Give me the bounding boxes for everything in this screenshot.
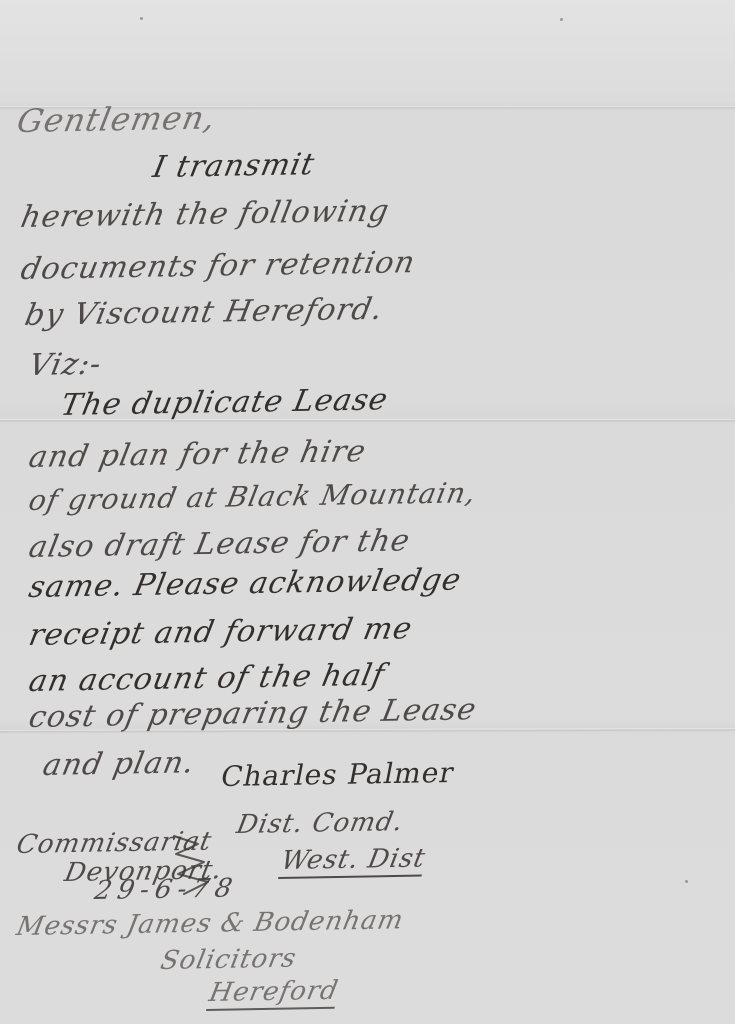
body-line: also draft Lease for the [26,523,413,565]
body-line: of ground at Black Mountain, [26,476,479,517]
body-line: an account of the half [26,658,388,699]
body-line: and plan for the hire [26,434,369,475]
body-line: The duplicate Lease [58,382,391,423]
signature-name: Charles Palmer [218,756,457,793]
addressee-line-2: Solicitors [158,944,299,976]
body-line: same. Please acknowledge [26,562,464,605]
body-line: I transmit [150,147,318,185]
body-line: receipt and forward me [26,611,416,653]
body-line: herewith the following [18,194,392,235]
letter-page: Gentlemen, I transmit herewith the follo… [0,0,735,1024]
signature-title-2: West. Dist [278,844,428,879]
body-line: Viz:- [26,347,105,383]
body-line: by Viscount Hereford. [22,292,386,333]
letter-date: 29-6-78 [92,874,241,906]
body-line: and plan. [40,745,198,783]
paper-speck [560,18,563,21]
salutation: Gentlemen, [14,99,219,140]
paper-speck [140,17,143,20]
flourish-mark-icon [168,830,218,900]
addressee-line-3: Hereford [206,976,341,1011]
paper-speck [685,880,688,883]
signature-title-1: Dist. Comd. [234,807,406,840]
body-line: documents for retention [18,245,418,287]
addressee-line-1: Messrs James & Bodenham [14,905,406,942]
